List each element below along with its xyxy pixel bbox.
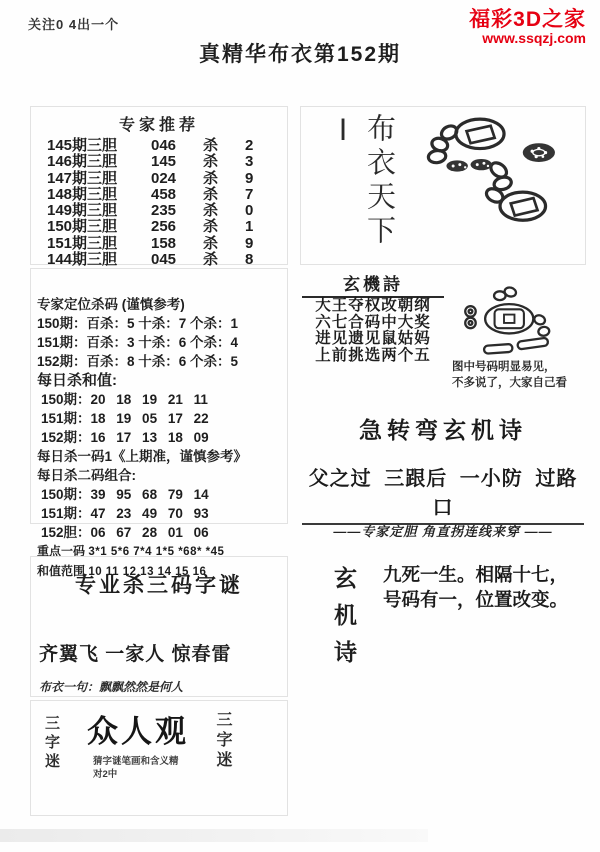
row-dan: 235: [151, 203, 203, 219]
row-kill-label: 杀: [203, 252, 245, 268]
row-dan: 256: [151, 219, 203, 235]
sharp-turn-footer: ——专家定胆 角直拐连线来穿 ——: [300, 521, 586, 540]
expert-recommend-section: 专家推荐 145期三胆 046 杀 2 146期三胆 145 杀 3 147期三…: [30, 106, 288, 265]
xuanji-poem-title: 玄機詩: [302, 270, 444, 298]
daily-sum-title: 每日杀和值:: [37, 371, 287, 390]
xuanji-poem-section: 玄機詩 大王夺权改朝纲 六七合码中大奖 进见遗见鼠姑妈 上前挑选两个五: [302, 270, 444, 364]
kill-code-line: 151期：百杀：3 十杀：6 个杀：4: [37, 333, 287, 352]
table-row: 150期三胆 256 杀 1: [31, 219, 287, 235]
kill-code-section: 专家定位杀码 (谨慎参考) 150期：百杀：5 十杀：7 个杀：1 151期：百…: [30, 268, 288, 524]
kill-code-line: 150期：百杀：5 十杀：7 个杀：1: [37, 314, 287, 333]
two-code-title: 每日杀二码组合:: [37, 466, 287, 485]
row-period: 144期三胆: [47, 252, 151, 268]
drawing-caption: 图中号码明显易见， 不多说了，大家自己看: [452, 360, 588, 391]
row-kill: 2: [245, 138, 265, 154]
coin-beans-drawing: [421, 109, 571, 239]
three-char-note-line1: 猜字谜笔画和含义精: [93, 755, 203, 768]
xuanji-poem-line: 进见遗见鼠姑妈: [302, 331, 444, 348]
lottery-sheet-page: 关注0 4出一个 福彩3D之家 www.ssqzj.com 真精华布衣第152期…: [0, 0, 600, 852]
xuanji2-title: 玄机诗: [328, 566, 361, 726]
xuanji-poem-line: 大王夺权改朝纲: [302, 298, 444, 315]
row-kill: 3: [245, 154, 265, 170]
sharp-turn-title: 急转弯玄机诗: [300, 412, 586, 445]
kill-code-title: 专家定位杀码 (谨慎参考): [37, 295, 287, 314]
two-code-line: 152胆：06 67 28 01 06: [37, 523, 287, 542]
row-kill: 9: [245, 171, 265, 187]
row-dan: 158: [151, 236, 203, 252]
row-kill-label: 杀: [203, 138, 245, 154]
row-kill-label: 杀: [203, 219, 245, 235]
row-period: 150期三胆: [47, 219, 151, 235]
riddle-note: 布衣一句：飘飘然然是何人: [31, 678, 287, 695]
three-code-riddle-section: 专业杀三码字谜 齐翼飞 一家人 惊春雷 布衣一句：飘飘然然是何人: [30, 556, 288, 697]
riddle-title: 专业杀三码字谜: [31, 569, 287, 599]
table-row: 148期三胆 458 杀 7: [31, 187, 287, 203]
row-kill-label: 杀: [203, 154, 245, 170]
three-char-note: 猜字谜笔画和含义精 对2中: [93, 755, 203, 781]
row-kill: 0: [245, 203, 265, 219]
three-char-note-line2: 对2中: [93, 768, 203, 781]
daily-sum-line: 152期：16 17 13 18 09: [37, 428, 287, 447]
drawing-caption-line2: 不多说了，大家自己看: [452, 376, 588, 392]
three-char-riddle-section: 三字迷 众人观 猜字谜笔画和含义精 对2中 三字迷: [30, 700, 288, 816]
row-period: 151期三胆: [47, 236, 151, 252]
row-dan: 458: [151, 187, 203, 203]
xuanji-poem-line: 六七合码中大奖: [302, 315, 444, 332]
three-char-label-right: 三字迷: [211, 711, 234, 771]
row-kill-label: 杀: [203, 171, 245, 187]
riddle-line: 齐翼飞 一家人 惊春雷: [31, 639, 287, 666]
buyi-tianxia-title: 布衣天下Ⅰ: [325, 113, 400, 263]
xuanji-poem-line: 上前挑选两个五: [302, 348, 444, 365]
row-period: 147期三胆: [47, 171, 151, 187]
kill-code-line: 152期：百杀：8 十杀：6 个杀：5: [37, 352, 287, 371]
xuanji2-text: 九死一生。相隔十七， 号码有一，位置改变。: [383, 562, 583, 612]
header-note: 关注0 4出一个: [28, 14, 119, 33]
row-dan: 145: [151, 154, 203, 170]
row-kill-label: 杀: [203, 187, 245, 203]
row-dan: 024: [151, 171, 203, 187]
daily-sum-line: 151期：18 19 05 17 22: [37, 409, 287, 428]
xuanji2-line1: 九死一生。相隔十七，: [383, 562, 583, 587]
table-row: 146期三胆 145 杀 3: [31, 154, 287, 170]
three-char-answer: 众人观: [87, 706, 189, 751]
table-row: 144期三胆 045 杀 8: [31, 252, 287, 268]
sharp-turn-line: 父之过 三跟后 一小防 过路口: [302, 462, 584, 525]
page-title: 真精华布衣第152期: [0, 38, 600, 68]
two-code-line: 150期：39 95 68 79 14: [37, 485, 287, 504]
table-row: 151期三胆 158 杀 9: [31, 236, 287, 252]
row-kill: 9: [245, 236, 265, 252]
row-dan: 046: [151, 138, 203, 154]
row-kill: 7: [245, 187, 265, 203]
scan-artifact-bar: [0, 829, 428, 842]
table-row: 145期三胆 046 杀 2: [31, 138, 287, 154]
row-kill: 8: [245, 252, 265, 268]
site-name: 福彩3D之家: [469, 8, 586, 31]
row-kill-label: 杀: [203, 236, 245, 252]
xuanji2-line2: 号码有一，位置改变。: [383, 587, 583, 612]
buyi-tianxia-section: 布衣天下Ⅰ: [300, 106, 586, 265]
row-kill: 1: [245, 219, 265, 235]
daily-one-code: 每日杀一码1《上期准，谨慎参考》: [37, 447, 287, 466]
row-period: 145期三胆: [47, 138, 151, 154]
three-char-label-left: 三字迷: [41, 715, 62, 772]
table-row: 147期三胆 024 杀 9: [31, 171, 287, 187]
expert-recommend-title: 专家推荐: [31, 112, 287, 135]
daily-sum-line: 150期：20 18 19 21 11: [37, 390, 287, 409]
row-period: 146期三胆: [47, 154, 151, 170]
drawing-caption-line1: 图中号码明显易见，: [452, 360, 588, 376]
row-dan: 045: [151, 252, 203, 268]
coin-number-drawing: [460, 286, 570, 362]
row-period: 148期三胆: [47, 187, 151, 203]
two-code-line: 151期：47 23 49 70 93: [37, 504, 287, 523]
